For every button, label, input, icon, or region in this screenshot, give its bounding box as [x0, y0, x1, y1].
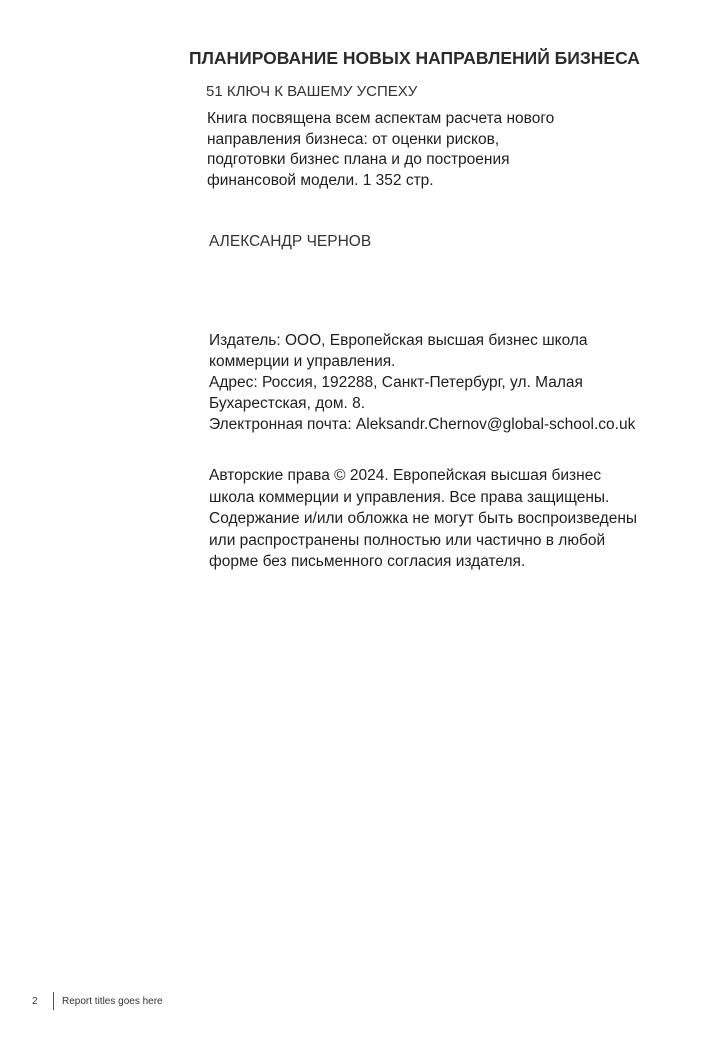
description-line: финансовой модели. 1 352 стр. [207, 171, 627, 192]
copyright-line: форме без письменного согласия издателя. [209, 551, 699, 573]
page-footer: 2 Report titles goes here [32, 992, 163, 1010]
page-number: 2 [32, 996, 46, 1007]
description-line: Книга посвящена всем аспектам расчета но… [207, 109, 627, 130]
copyright-line: или распространены полностью или частичн… [209, 530, 699, 552]
address-line: Бухарестская, дом. 8. [209, 393, 699, 414]
copyright-line: Авторские права © 2024. Европейская высш… [209, 465, 699, 487]
copyright-line: Содержание и/или обложка не могут быть в… [209, 508, 699, 530]
copyright-notice: Авторские права © 2024. Европейская высш… [209, 465, 699, 573]
description-line: подготовки бизнес плана и до построения [207, 150, 627, 171]
report-title: Report titles goes here [62, 996, 163, 1007]
book-description: Книга посвящена всем аспектам расчета но… [207, 109, 627, 191]
publisher-line: коммерции и управления. [209, 351, 699, 372]
book-title: ПЛАНИРОВАНИЕ НОВЫХ НАПРАВЛЕНИЙ БИЗНЕСА [189, 48, 640, 69]
book-subtitle: 51 КЛЮЧ К ВАШЕМУ УСПЕХУ [206, 83, 417, 100]
footer-divider [53, 992, 54, 1010]
publisher-info: Издатель: ООО, Европейская высшая бизнес… [209, 330, 699, 435]
copyright-line: школа коммерции и управления. Все права … [209, 487, 699, 509]
author-name: АЛЕКСАНДР ЧЕРНОВ [209, 233, 371, 251]
publisher-line: Издатель: ООО, Европейская высшая бизнес… [209, 330, 699, 351]
description-line: направления бизнеса: от оценки рисков, [207, 130, 627, 151]
address-line: Адрес: Россия, 192288, Санкт-Петербург, … [209, 372, 699, 393]
email-line: Электронная почта: Aleksandr.Chernov@glo… [209, 414, 699, 435]
